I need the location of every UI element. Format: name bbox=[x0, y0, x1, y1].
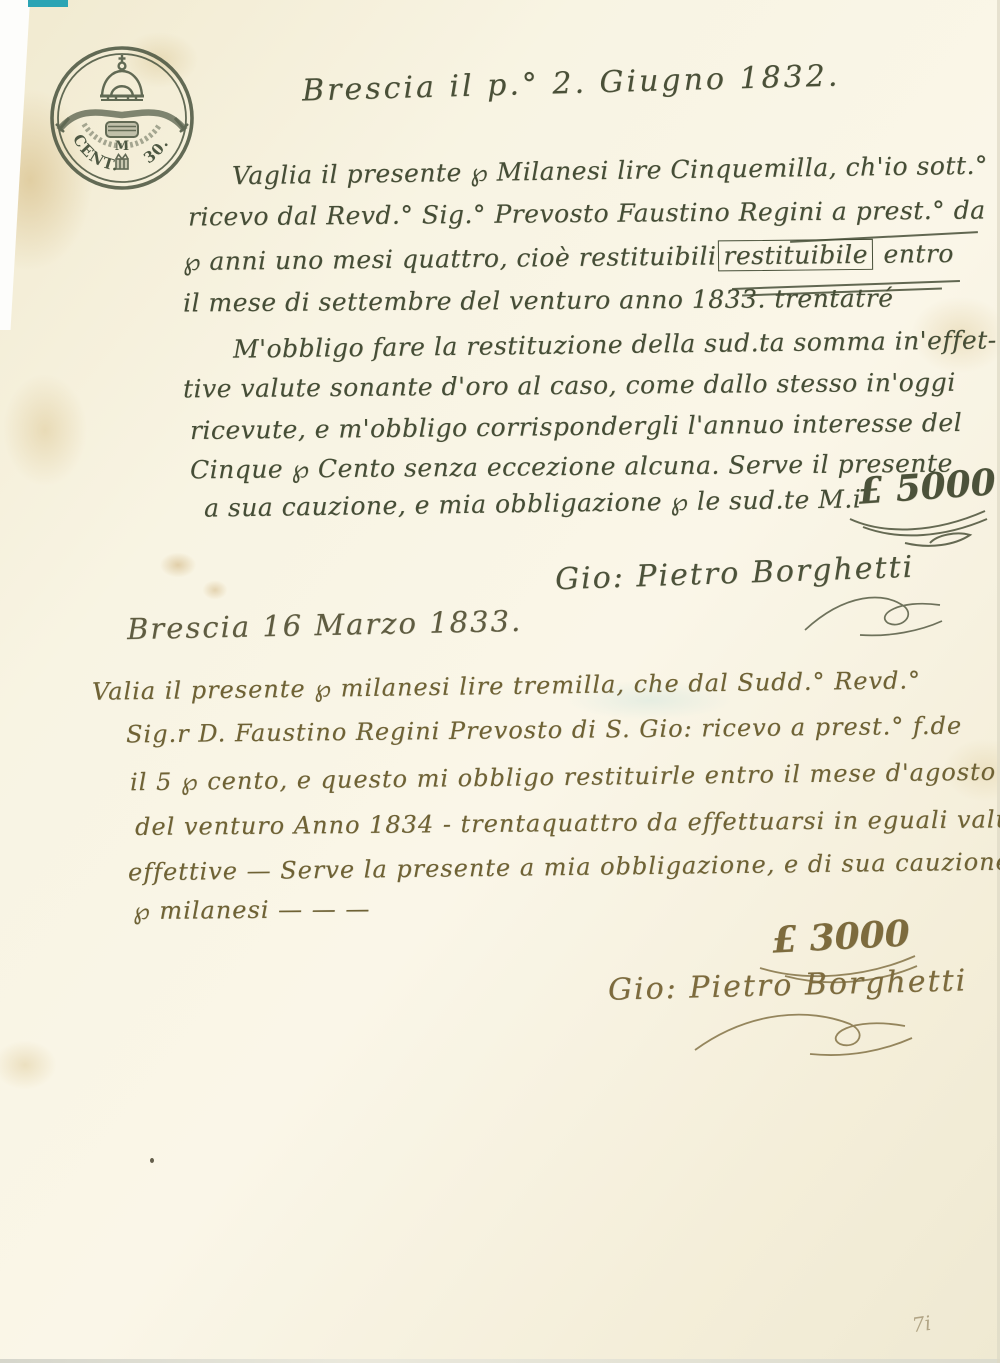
document-paper: M CENT. 30. Brescia il p.° 2. Giugno 183… bbox=[0, 0, 1000, 1363]
doc2-line5: effettive — Serve la presente a mia obbl… bbox=[128, 848, 1000, 887]
doc1-para2-line3: ricevute, e m'obbligo corrispondergli l'… bbox=[190, 408, 962, 445]
doc1-para2-line2: tive valute sonante d'oro al caso, come … bbox=[183, 368, 956, 404]
doc1-para1-line3-pre: ℘ anni uno mesi quattro, cioè restituibi… bbox=[183, 241, 717, 276]
doc1-para1-line3: ℘ anni uno mesi quattro, cioè restituibi… bbox=[183, 239, 954, 276]
doc1-para1-line2: ricevo dal Revd.° Sig.° Prevosto Faustin… bbox=[188, 196, 986, 232]
doc1-para1-line1: Vaglia il presente ℘ Milanesi lire Cinqu… bbox=[232, 151, 988, 191]
doc1-para2-line5: a sua cauzione, e mia obbligazione ℘ le … bbox=[204, 484, 862, 522]
doc2-line3: il 5 ℘ cento, e questo mi obbligo restit… bbox=[130, 758, 996, 797]
paper-bottom-edge bbox=[0, 1359, 1000, 1363]
doc2-line1: Valia il presente ℘ milanesi lire tremil… bbox=[92, 666, 921, 706]
pencil-note: 7i bbox=[910, 1311, 932, 1337]
doc1-signature-flourish bbox=[800, 585, 950, 640]
doc2-line4: del venturo Anno 1834 - trentaquattro da… bbox=[135, 805, 1000, 841]
crown-icon bbox=[100, 55, 144, 100]
doc1-dateline: Brescia il p.° 2. Giugno 1832. bbox=[302, 58, 841, 108]
doc1-para1-line4: il mese di settembre del venturo anno 18… bbox=[183, 284, 894, 318]
doc1-amount-flourish bbox=[845, 505, 995, 550]
doc2-signature-flourish bbox=[690, 1000, 920, 1060]
doc1-para1-line3-post: entro bbox=[875, 239, 954, 269]
doc2-line6: ℘ milanesi — — — bbox=[133, 895, 371, 925]
revenue-stamp: M CENT. 30. bbox=[46, 42, 198, 194]
doc1-para2-line1: M'obbligo fare la restituzione della sud… bbox=[233, 325, 997, 363]
stamp-monogram: M bbox=[115, 139, 129, 154]
doc1-boxed-correction: restituibile bbox=[718, 239, 873, 272]
doc1-para2-line4: Cinque ℘ Cento senza eccezione alcuna. S… bbox=[190, 449, 953, 485]
scan-edge-teal bbox=[28, 0, 68, 7]
doc2-dateline: Brescia 16 Marzo 1833. bbox=[127, 604, 523, 646]
scan-edge-white bbox=[0, 0, 30, 330]
doc2-line2: Sig.r D. Faustino Regini Prevosto di S. … bbox=[126, 712, 962, 749]
stamp-plaque bbox=[106, 122, 138, 137]
ink-dot bbox=[150, 1158, 154, 1163]
